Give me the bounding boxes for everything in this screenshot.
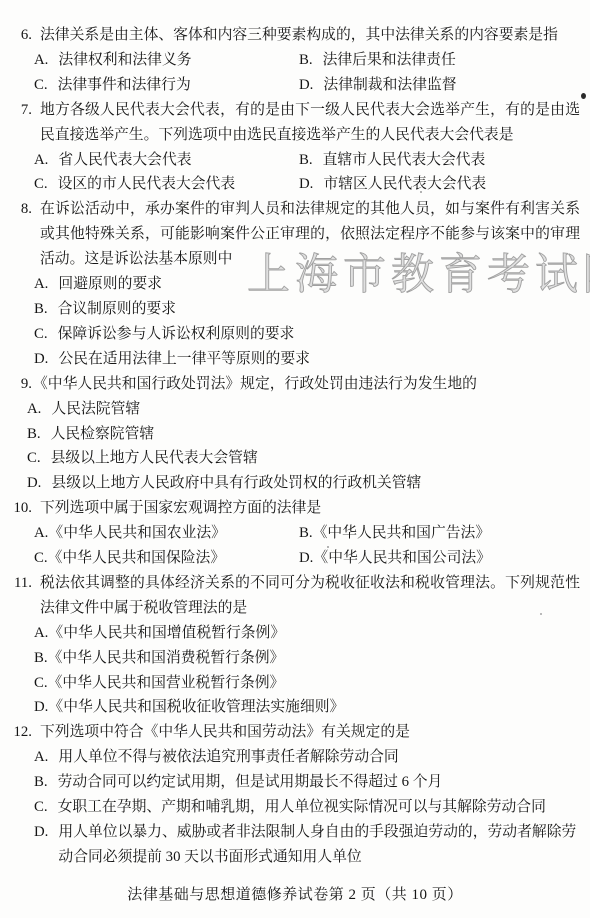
option-text: 《中华人民共和国公司法》 bbox=[313, 546, 580, 571]
option-a: A.法律权利和法律义务 bbox=[34, 48, 299, 73]
question-stem: 税法依其调整的具体经济关系的不同可分为税收征收法和税收管理法。下列规范性法律文件… bbox=[40, 571, 580, 621]
question-number: 8. bbox=[2, 197, 32, 222]
option-b: B.法律后果和法律责任 bbox=[299, 48, 580, 73]
option-d: D.《中华人民共和国公司法》 bbox=[299, 546, 580, 571]
option-label: B. bbox=[299, 148, 313, 173]
option-c: C.《中华人民共和国营业税暂行条例》 bbox=[34, 671, 580, 696]
option-a: A.省人民代表大会代表 bbox=[34, 148, 299, 173]
option-text: 《中华人民共和国消费税暂行条例》 bbox=[48, 646, 580, 671]
option-text: 县级以上地方人民代表大会管辖 bbox=[51, 446, 580, 471]
option-label: D. bbox=[299, 172, 313, 197]
option-d: D.法律制裁和法律监督 bbox=[299, 73, 580, 98]
option-b: B.直辖市人民代表大会代表 bbox=[299, 148, 580, 173]
options-group: A.回避原则的要求B.合议制原则的要求C.保障诉讼参与人诉讼权利原则的要求D.公… bbox=[34, 272, 580, 372]
option-text: 女职工在孕期、产期和哺乳期，用人单位视实际情况可以与其解除劳动合同 bbox=[58, 795, 580, 820]
option-text: 《中华人民共和国税收征收管理法实施细则》 bbox=[48, 695, 580, 720]
option-label: A. bbox=[34, 521, 48, 546]
option-label: A. bbox=[34, 621, 48, 646]
option-label: B. bbox=[299, 48, 313, 73]
option-d: D.县级以上地方人民政府中具有行政处罚权的行政机关管辖 bbox=[27, 471, 580, 496]
option-label: C. bbox=[34, 546, 48, 571]
option-text: 《中华人民共和国增值税暂行条例》 bbox=[48, 621, 580, 646]
option-label: D. bbox=[299, 73, 313, 98]
option-b: B.《中华人民共和国广告法》 bbox=[299, 521, 580, 546]
options-group: A.省人民代表大会代表B.直辖市人民代表大会代表C.设区的市人民代表大会代表D.… bbox=[34, 148, 580, 198]
option-a: A.《中华人民共和国农业法》 bbox=[34, 521, 299, 546]
question: 7.地方各级人民代表大会代表，有的是由下一级人民代表大会选举产生，有的是由选民直… bbox=[2, 98, 580, 198]
options-group: A.人民法院管辖B.人民检察院管辖C.县级以上地方人民代表大会管辖D.县级以上地… bbox=[27, 397, 580, 497]
option-text: 法律制裁和法律监督 bbox=[323, 73, 580, 98]
option-label: C. bbox=[34, 322, 48, 347]
option-label: C. bbox=[34, 671, 48, 696]
option-text: 保障诉讼参与人诉讼权利原则的要求 bbox=[58, 322, 580, 347]
option-label: C. bbox=[34, 172, 48, 197]
question: 12.下列选项中符合《中华人民共和国劳动法》有关规定的是A.用人单位不得与被依法… bbox=[2, 720, 580, 869]
option-c: C.县级以上地方人民代表大会管辖 bbox=[27, 446, 580, 471]
question-number: 9. bbox=[2, 372, 32, 397]
exam-page: 6.法律关系是由主体、客体和内容三种要素构成的，其中法律关系的内容要素是指A.法… bbox=[0, 0, 590, 918]
option-a: A.用人单位不得与被依法追究刑事责任者解除劳动合同 bbox=[34, 745, 580, 770]
option-a: A.人民法院管辖 bbox=[27, 397, 580, 422]
option-label: D. bbox=[299, 546, 313, 571]
option-text: 县级以上地方人民政府中具有行政处罚权的行政机关管辖 bbox=[51, 471, 580, 496]
option-d: D.市辖区人民代表大会代表 bbox=[299, 172, 580, 197]
option-text: 人民检察院管辖 bbox=[51, 422, 580, 447]
option-text: 法律权利和法律义务 bbox=[58, 48, 299, 73]
option-a: A.回避原则的要求 bbox=[34, 272, 580, 297]
option-c: C.《中华人民共和国保险法》 bbox=[34, 546, 299, 571]
question: 9.《中华人民共和国行政处罚法》规定，行政处罚由违法行为发生地的A.人民法院管辖… bbox=[2, 372, 580, 497]
option-text: 劳动合同可以约定试用期，但是试用期最长不得超过 6 个月 bbox=[58, 770, 580, 795]
options-group: A.《中华人民共和国增值税暂行条例》B.《中华人民共和国消费税暂行条例》C.《中… bbox=[34, 621, 580, 721]
option-text: 用人单位不得与被依法追究刑事责任者解除劳动合同 bbox=[58, 745, 580, 770]
option-label: A. bbox=[34, 745, 48, 770]
option-c: C.保障诉讼参与人诉讼权利原则的要求 bbox=[34, 322, 580, 347]
option-label: B. bbox=[34, 297, 48, 322]
question-stem: 在诉讼活动中，承办案件的审判人员和法律规定的其他人员，如与案件有利害关系或其他特… bbox=[40, 197, 580, 272]
option-b: B.合议制原则的要求 bbox=[34, 297, 580, 322]
options-group: A.法律权利和法律义务B.法律后果和法律责任C.法律事件和法律行为D.法律制裁和… bbox=[34, 48, 580, 98]
option-text: 合议制原则的要求 bbox=[58, 297, 580, 322]
question-stem: 下列选项中符合《中华人民共和国劳动法》有关规定的是 bbox=[40, 720, 580, 745]
option-text: 设区的市人民代表大会代表 bbox=[58, 172, 299, 197]
question-number: 7. bbox=[2, 98, 32, 123]
option-label: A. bbox=[34, 48, 48, 73]
question: 6.法律关系是由主体、客体和内容三种要素构成的，其中法律关系的内容要素是指A.法… bbox=[2, 23, 580, 98]
option-text: 《中华人民共和国广告法》 bbox=[313, 521, 580, 546]
options-group: A.用人单位不得与被依法追究刑事责任者解除劳动合同B.劳动合同可以约定试用期，但… bbox=[34, 745, 580, 870]
question-stem: 下列选项中属于国家宏观调控方面的法律是 bbox=[40, 496, 580, 521]
question-stem: 《中华人民共和国行政处罚法》规定，行政处罚由违法行为发生地的 bbox=[33, 372, 580, 397]
option-c: C.法律事件和法律行为 bbox=[34, 73, 299, 98]
options-group: A.《中华人民共和国农业法》B.《中华人民共和国广告法》C.《中华人民共和国保险… bbox=[34, 521, 580, 571]
option-label: C. bbox=[27, 446, 41, 471]
question-number: 12. bbox=[2, 720, 32, 745]
option-text: 《中华人民共和国营业税暂行条例》 bbox=[48, 671, 580, 696]
option-b: B.劳动合同可以约定试用期，但是试用期最长不得超过 6 个月 bbox=[34, 770, 580, 795]
option-text: 《中华人民共和国农业法》 bbox=[48, 521, 299, 546]
option-label: B. bbox=[27, 422, 41, 447]
option-label: C. bbox=[34, 73, 48, 98]
option-text: 人民法院管辖 bbox=[51, 397, 580, 422]
question-stem: 法律关系是由主体、客体和内容三种要素构成的，其中法律关系的内容要素是指 bbox=[40, 23, 580, 48]
option-label: A. bbox=[34, 148, 48, 173]
option-label: D. bbox=[27, 471, 41, 496]
option-text: 用人单位以暴力、威胁或者非法限制人身自由的手段强迫劳动的，劳动者解除劳动合同必须… bbox=[58, 820, 580, 870]
option-text: 法律后果和法律责任 bbox=[323, 48, 580, 73]
option-label: C. bbox=[34, 795, 48, 820]
option-a: A.《中华人民共和国增值税暂行条例》 bbox=[34, 621, 580, 646]
option-d: D.公民在适用法律上一律平等原则的要求 bbox=[34, 347, 580, 372]
question-stem: 地方各级人民代表大会代表，有的是由下一级人民代表大会选举产生，有的是由选民直接选… bbox=[40, 98, 580, 148]
option-label: B. bbox=[34, 770, 48, 795]
question: 11.税法依其调整的具体经济关系的不同可分为税收征收法和税收管理法。下列规范性法… bbox=[2, 571, 580, 720]
option-text: 法律事件和法律行为 bbox=[58, 73, 299, 98]
option-text: 市辖区人民代表大会代表 bbox=[323, 172, 580, 197]
option-label: D. bbox=[34, 347, 48, 372]
option-label: B. bbox=[34, 646, 48, 671]
option-c: C.设区的市人民代表大会代表 bbox=[34, 172, 299, 197]
question: 8.在诉讼活动中，承办案件的审判人员和法律规定的其他人员，如与案件有利害关系或其… bbox=[2, 197, 580, 371]
option-label: D. bbox=[34, 695, 48, 720]
option-d: D.《中华人民共和国税收征收管理法实施细则》 bbox=[34, 695, 580, 720]
option-label: D. bbox=[34, 820, 48, 845]
question-number: 11. bbox=[2, 571, 32, 596]
option-d: D.用人单位以暴力、威胁或者非法限制人身自由的手段强迫劳动的，劳动者解除劳动合同… bbox=[34, 820, 580, 870]
option-text: 直辖市人民代表大会代表 bbox=[323, 148, 580, 173]
option-b: B.《中华人民共和国消费税暂行条例》 bbox=[34, 646, 580, 671]
question-number: 6. bbox=[2, 23, 32, 48]
option-text: 省人民代表大会代表 bbox=[58, 148, 299, 173]
question-number: 10. bbox=[2, 496, 32, 521]
option-label: A. bbox=[34, 272, 48, 297]
option-b: B.人民检察院管辖 bbox=[27, 422, 580, 447]
question-list: 6.法律关系是由主体、客体和内容三种要素构成的，其中法律关系的内容要素是指A.法… bbox=[2, 23, 580, 870]
option-text: 回避原则的要求 bbox=[58, 272, 580, 297]
option-text: 公民在适用法律上一律平等原则的要求 bbox=[58, 347, 580, 372]
option-label: A. bbox=[27, 397, 41, 422]
option-c: C.女职工在孕期、产期和哺乳期，用人单位视实际情况可以与其解除劳动合同 bbox=[34, 795, 580, 820]
option-label: B. bbox=[299, 521, 313, 546]
page-footer: 法律基础与思想道德修养试卷第 2 页（共 10 页） bbox=[0, 883, 590, 908]
question: 10.下列选项中属于国家宏观调控方面的法律是A.《中华人民共和国农业法》B.《中… bbox=[2, 496, 580, 571]
option-text: 《中华人民共和国保险法》 bbox=[48, 546, 299, 571]
